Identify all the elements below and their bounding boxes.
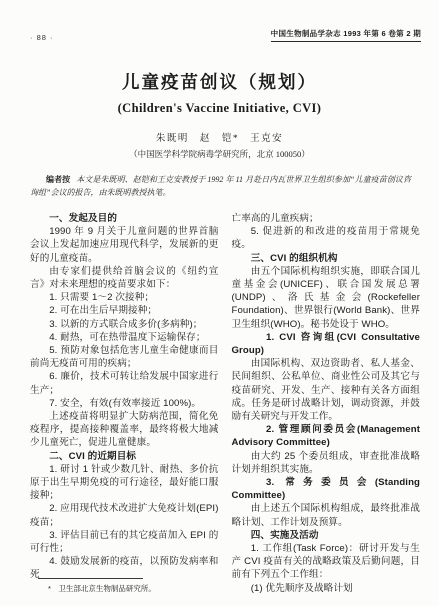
- list-item: 3. 以新的方式联合成多价(多病种)；: [30, 318, 219, 331]
- list-item: (1) 优先顺序及战略计划: [232, 582, 421, 595]
- paragraph: 由专家们提供给首脑会议的《纽约宣言》对未来理想的疫苗要求如下：: [30, 265, 219, 291]
- list-item: 2. 可在出生后早期接种；: [30, 304, 219, 317]
- journal-title: 中国生物制品学杂志 1993 年第 6 卷第 2 期: [271, 28, 421, 42]
- list-item: 5. 预防对象包括危害儿童生命健康而目前尚无疫苗可用的疾病；: [30, 344, 219, 370]
- section-heading-2: 二、CVI 的近期目标: [30, 450, 219, 463]
- editor-note: 编者按本文是朱既明、赵铠和王克安教授于 1992 年 11 月赴日内瓦世界卫生组…: [30, 173, 411, 199]
- article-title: 儿童疫苗创议（规划）: [0, 69, 439, 94]
- footnote-block: * 卫生部北京生物制品研究所。: [30, 578, 220, 594]
- paragraph: 1990 年 9 月关于儿童问题的世界首脑会议上发起加速应用现代科学，发展新的更…: [30, 225, 219, 265]
- page-header: · 88 · 中国生物制品学杂志 1993 年第 6 卷第 2 期: [0, 0, 439, 42]
- article-subtitle-english: (Children's Vaccine Initiative, CVI): [0, 101, 439, 116]
- paragraph: 由国际机构、双边资助者、私人基金、民间组织、公私单位、商业性公司及其它与疫苗研究…: [232, 357, 421, 423]
- section-heading-4: 四、实施及活动: [232, 529, 421, 542]
- affiliation-line: （中国医学科学院病毒学研究所，北京 100050）: [0, 148, 439, 160]
- section-heading-1: 一、发起及目的: [30, 212, 219, 225]
- paragraph: 1. 工作组(Task Force)：研讨开发与生产 CVI 疫苗有关的战略政策…: [232, 542, 421, 582]
- paragraph-continuation: 亡率高的儿童疾病；: [232, 212, 421, 225]
- authors-line: 朱既明 赵 铠* 王克安: [0, 130, 439, 144]
- paragraph: 上述疫苗将明显扩大防病范围，简化免疫程序，提高接种覆盖率，最终将极大地减少儿童死…: [30, 410, 219, 450]
- list-item: 7. 安全，有效(有效率接近 100%)。: [30, 397, 219, 410]
- page-number: · 88 ·: [30, 33, 54, 42]
- section-heading-3: 三、CVI 的组织机构: [232, 252, 421, 265]
- editor-note-text: 本文是朱既明、赵铠和王克安教授于 1992 年 11 月赴日内瓦世界卫生组织参加…: [30, 175, 411, 197]
- left-column: 一、发起及目的 1990 年 9 月关于儿童问题的世界首脑会议上发起加速应用现代…: [30, 212, 219, 595]
- subsection-heading-management-advisory-committee: 2. 管理顾问委员会(Management Advisory Committee…: [232, 423, 421, 449]
- editor-note-label: 编者按: [46, 175, 70, 184]
- footnote-text: * 卫生部北京生物制品研究所。: [48, 583, 220, 594]
- right-column: 亡率高的儿童疾病； 5. 促进新的和改进的疫苗用于常规免疫。 三、CVI 的组织…: [232, 212, 421, 595]
- paragraph: 由五个国际机构组织实施，即联合国儿童基金会(UNICEF)、联合国发展总署(UN…: [232, 265, 421, 331]
- list-item: 1. 只需要 1～2 次接种；: [30, 291, 219, 304]
- list-item: 5. 促进新的和改进的疫苗用于常规免疫。: [232, 225, 421, 251]
- article-body: 一、发起及目的 1990 年 9 月关于儿童问题的世界首脑会议上发起加速应用现代…: [0, 199, 439, 595]
- paragraph: 由上述五个国际机构组成，最终批准战略计划、工作计划及预算。: [232, 502, 421, 528]
- list-item: 2. 应用现代技术改进扩大免疫计划(EPI)疫苗；: [30, 502, 219, 528]
- list-item: 3. 评估目前已有的其它疫苗加入 EPI 的可行性；: [30, 529, 219, 555]
- paragraph: 由大约 25 个委员组成，审查批准战略计划并组织其实施。: [232, 450, 421, 476]
- subsection-heading-standing-committee: 3. 常务委员会(Standing Committee): [232, 476, 421, 502]
- list-item: 6. 廉价，技术可转让给发展中国家进行生产；: [30, 370, 219, 396]
- journal-page: · 88 · 中国生物制品学杂志 1993 年第 6 卷第 2 期 儿童疫苗创议…: [0, 0, 439, 606]
- footnote-divider: [38, 578, 143, 579]
- list-item: 1. 研讨 1 针或少数几针、耐热、多价抗原于出生早期免疫的可行途径，最好能口服…: [30, 463, 219, 503]
- list-item: 4. 耐热，可在热带温度下运输保存；: [30, 331, 219, 344]
- subsection-heading-cvi-consultative-group: 1. CVI 咨询组(CVI Consultative Group): [232, 331, 421, 357]
